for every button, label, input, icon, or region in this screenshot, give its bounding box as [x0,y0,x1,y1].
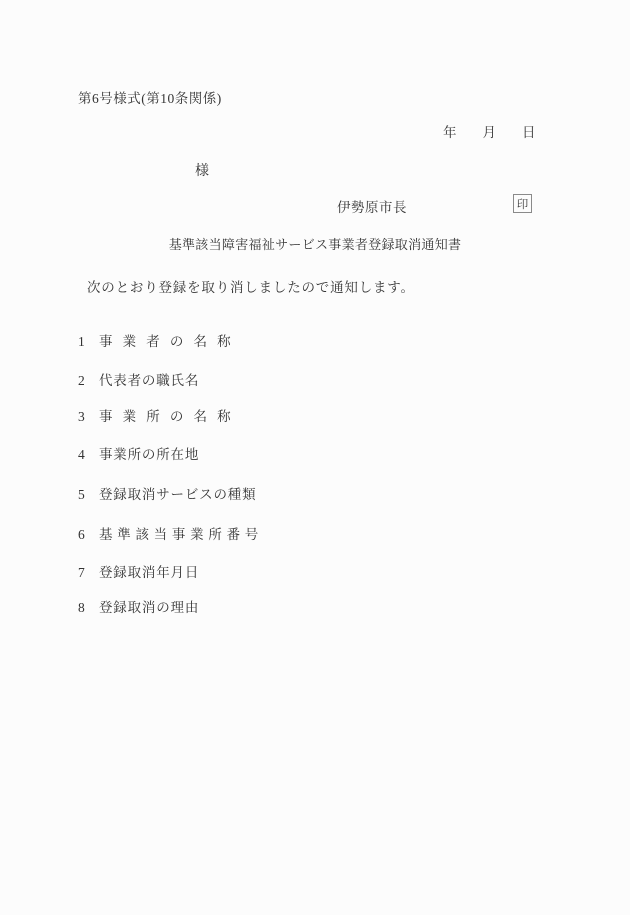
list-item-4: 4 事業所の所在地 [78,443,199,463]
date-line: 年 月 日 [443,121,536,141]
item-label: 事業者の名称 [99,330,241,350]
seal-box: 印 [513,194,532,213]
document-title: 基準該当障害福祉サービス事業者登録取消通知書 [0,234,630,253]
item-number: 3 [78,409,87,425]
item-number: 1 [78,334,87,350]
item-number: 5 [78,487,87,503]
seal-mark: 印 [517,196,529,212]
list-item-6: 6 基準該当事業所番号 [78,523,263,543]
item-label: 登録取消年月日 [99,561,199,581]
item-label: 事業所の所在地 [99,443,199,463]
list-item-5: 5 登録取消サービスの種類 [78,483,256,503]
day-label: 日 [522,121,536,141]
month-label: 月 [483,121,497,141]
addressee-suffix: 様 [195,160,209,180]
item-label: 基準該当事業所番号 [99,523,263,543]
item-number: 7 [78,565,87,581]
list-item-3: 3 事業所の名称 [78,405,241,425]
item-number: 4 [78,447,87,463]
item-label: 登録取消の理由 [99,596,199,616]
year-label: 年 [443,121,457,141]
item-number: 8 [78,600,87,616]
item-label: 事業所の名称 [99,405,241,425]
document-page: 第6号様式(第10条関係) 年 月 日 様 伊勢原市長 印 基準該当障害福祉サー… [0,0,630,915]
list-item-8: 8 登録取消の理由 [78,596,199,616]
list-item-7: 7 登録取消年月日 [78,561,199,581]
issuer-name: 伊勢原市長 [337,196,407,216]
form-number: 第6号様式(第10条関係) [78,87,222,107]
list-item-1: 1 事業者の名称 [78,330,241,350]
item-number: 6 [78,527,87,543]
item-label: 代表者の職氏名 [99,369,199,389]
item-number: 2 [78,373,87,389]
intro-sentence: 次のとおり登録を取り消しましたので通知します。 [87,276,415,296]
list-item-2: 2 代表者の職氏名 [78,369,199,389]
item-label: 登録取消サービスの種類 [99,483,256,503]
